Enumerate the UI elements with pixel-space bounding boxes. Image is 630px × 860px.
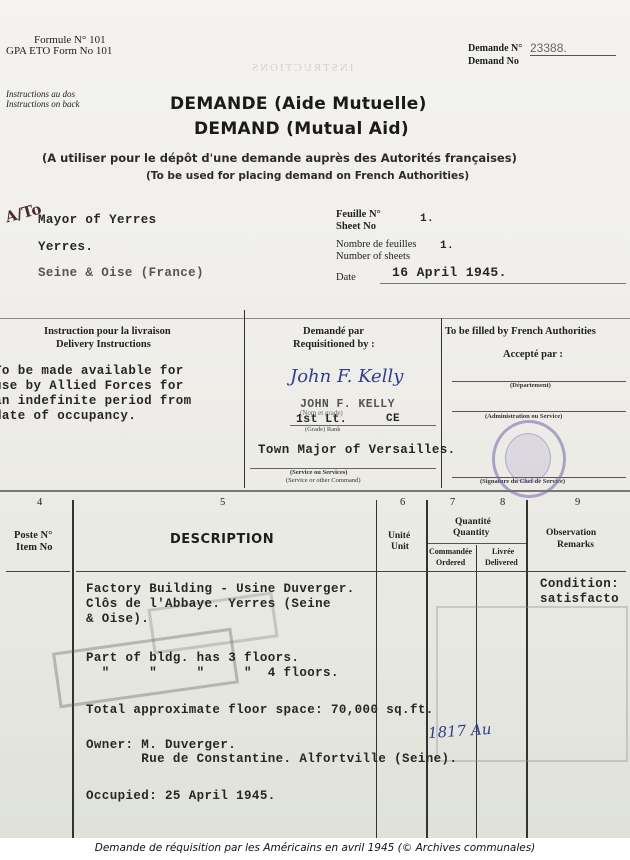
form-number-en: GPA ETO Form No 101 — [6, 45, 112, 57]
header-ordered-fr: Commandée — [429, 547, 472, 556]
col-divider — [426, 500, 428, 838]
requisition-document: INSTRUCTIONS Formule N° 101 GPA ETO Form… — [0, 0, 630, 838]
requisitioned-label-fr: Demandé par — [303, 326, 364, 337]
signature: John F. Kelly — [290, 366, 403, 387]
department-caption: (Département) — [510, 382, 551, 389]
subtitle-fr: (A utiliser pour le dépôt d'une demande … — [42, 151, 517, 165]
num-sheets-label-en: Number of sheets — [336, 251, 410, 262]
delivery-line: To be made available for — [0, 364, 184, 378]
header-unit-fr: Unité — [388, 531, 410, 541]
instructions-note-fr: Instructions au dos — [6, 89, 75, 99]
header-remarks-en: Remarks — [557, 540, 594, 550]
column-number: 9 — [575, 497, 580, 508]
accepted-by-label: Accepté par : — [503, 349, 563, 360]
header-delivered-en: Delivered — [485, 558, 518, 567]
demand-no-label-fr: Demande N° — [468, 43, 522, 54]
sheet-no-label-en: Sheet No — [336, 221, 376, 232]
corps-typed: CE — [386, 413, 400, 425]
demand-no-label-en: Demand No — [468, 56, 519, 67]
delivery-line: an indefinite period from — [0, 394, 192, 408]
description-line: Clôs de l'Abbaye. Yerres (Seine — [86, 597, 331, 611]
delivery-line: use by Allied Forces for — [0, 379, 184, 393]
header-quantity-fr: Quantité — [455, 517, 491, 527]
french-authorities-label: To be filled by French Authorities — [445, 326, 596, 337]
section-divider-left — [244, 310, 245, 488]
column-number: 7 — [450, 497, 455, 508]
column-number: 4 — [37, 497, 42, 508]
addressee-line-2: Yerres. — [38, 240, 93, 254]
rank-caption: (Grade) Rank — [305, 426, 341, 433]
ghost-heading: INSTRUCTIONS — [250, 62, 353, 74]
num-sheets-label-fr: Nombre de feuilles — [336, 239, 416, 250]
header-delivered-fr: Livrée — [492, 547, 514, 556]
description-line: Occupied: 25 April 1945. — [86, 789, 276, 803]
num-sheets-value: 1. — [440, 240, 454, 252]
addressee-line-3: Seine & Oise (France) — [38, 266, 204, 280]
description-line: Factory Building - Usine Duverger. — [86, 582, 355, 596]
sheet-no-value: 1. — [420, 213, 434, 225]
service-caption-fr: (Service ou Services) — [290, 469, 347, 476]
title-en: DEMAND (Mutual Aid) — [194, 119, 409, 139]
header-remarks-fr: Observation — [546, 528, 596, 538]
official-stamp-icon — [492, 420, 566, 498]
image-caption: Demande de réquisition par les Américain… — [0, 842, 630, 854]
date-label: Date — [336, 272, 356, 283]
header-ordered-en: Ordered — [436, 558, 465, 567]
column-number: 6 — [400, 497, 405, 508]
description-line: Owner: M. Duverger. — [86, 738, 236, 752]
col-divider — [376, 500, 377, 838]
title-fr: DEMANDE (Aide Mutuelle) — [170, 94, 427, 114]
instructions-note-en: Instructions on back — [6, 99, 80, 109]
header-item-fr: Poste N° — [14, 530, 52, 541]
description-line: Total approximate floor space: 70,000 sq… — [86, 703, 434, 717]
description-line: & Oise). — [86, 612, 149, 626]
remarks-line: satisfacto — [540, 592, 619, 606]
requisitioned-label-en: Requisitioned by : — [293, 339, 375, 350]
demand-no-value: 23388. — [530, 41, 616, 56]
divider — [0, 318, 630, 319]
service-caption-en: (Service or other Command) — [286, 477, 361, 484]
date-value: 16 April 1945. — [392, 265, 507, 280]
header-quantity-en: Quantity — [453, 528, 489, 538]
column-number: 5 — [220, 497, 225, 508]
header-unit-en: Unit — [391, 542, 409, 552]
description-line: " " " " 4 floors. — [86, 666, 339, 680]
administration-caption: (Administration ou Service) — [485, 413, 562, 420]
header-description: DESCRIPTION — [170, 532, 274, 547]
column-number: 8 — [500, 497, 505, 508]
delivery-label-fr: Instruction pour la livraison — [44, 326, 171, 337]
remarks-line: Condition: — [540, 577, 619, 591]
addressee-line-1: Mayor of Yerres — [38, 213, 157, 227]
subtitle-en: (To be used for placing demand on French… — [146, 170, 469, 182]
description-line: Part of bldg. has 3 floors. — [86, 651, 299, 665]
service-typed: Town Major of Versailles. — [258, 443, 456, 457]
section-divider-right — [441, 318, 442, 488]
delivery-label-en: Delivery Instructions — [56, 339, 151, 350]
header-item-en: Item No — [16, 542, 52, 553]
sheet-no-label-fr: Feuille N° — [336, 209, 381, 220]
delivery-line: date of occupancy. — [0, 409, 136, 423]
description-line: Rue de Constantine. Alfortville (Seine). — [86, 752, 457, 766]
